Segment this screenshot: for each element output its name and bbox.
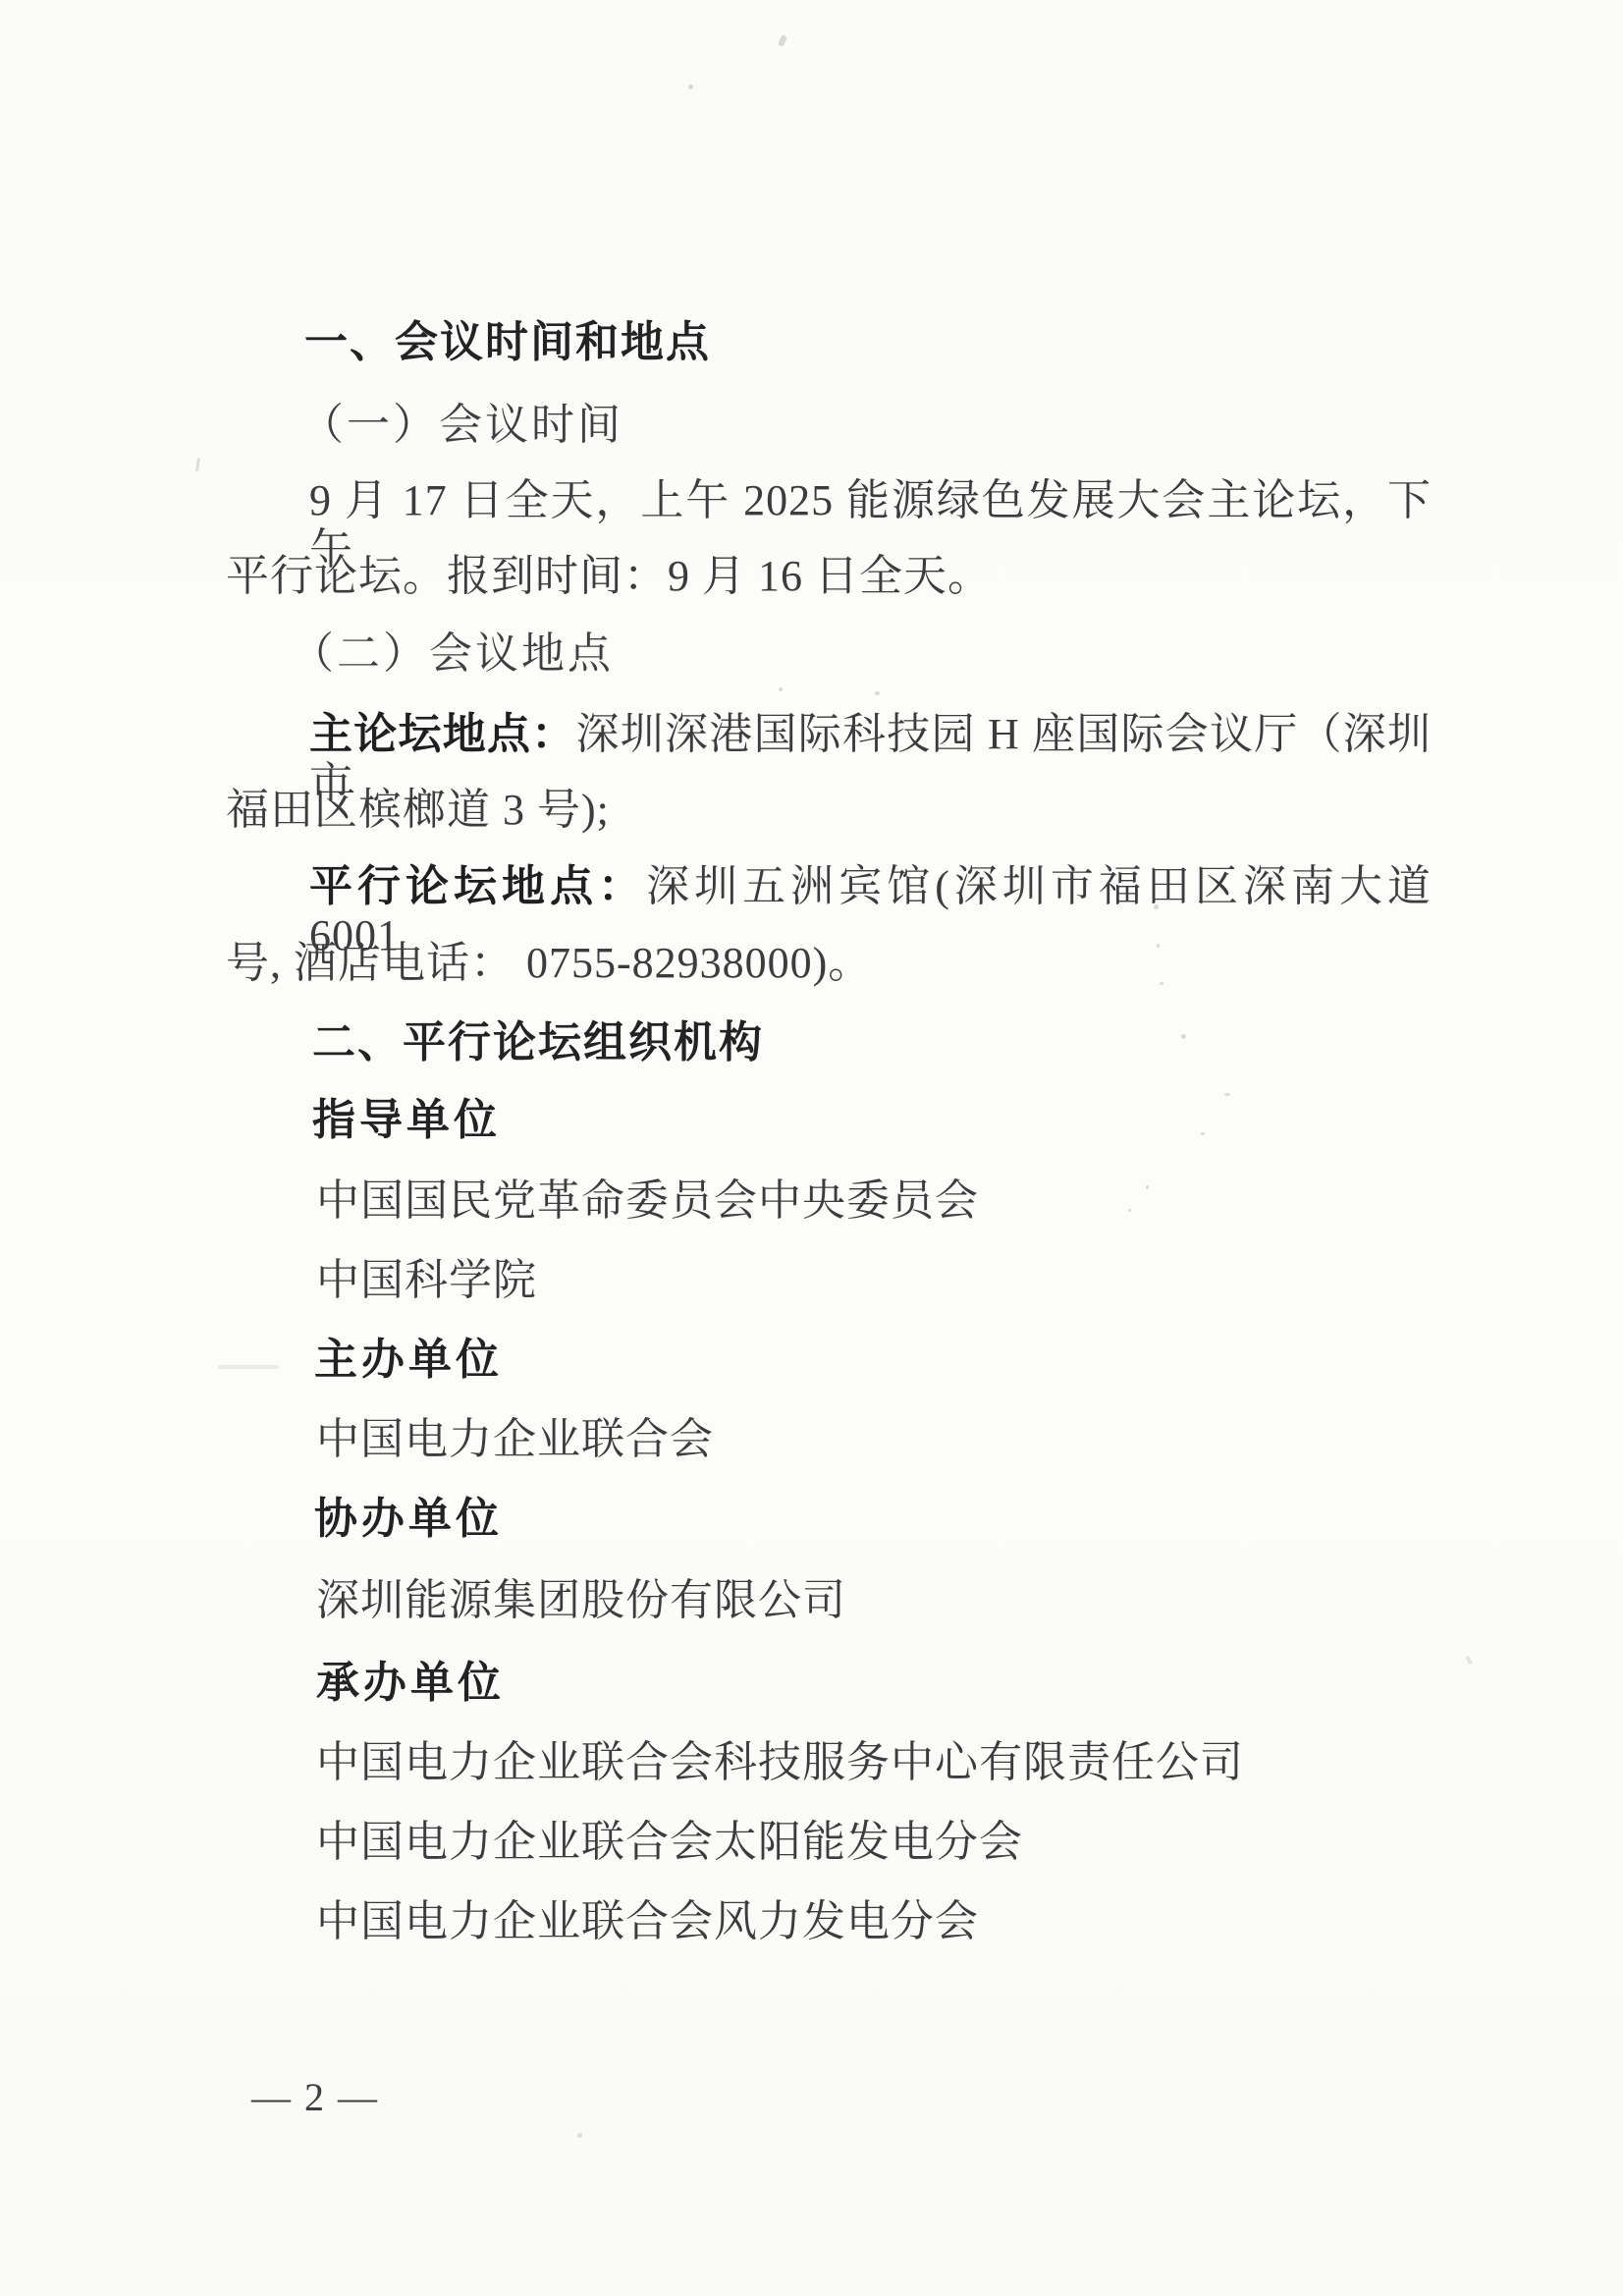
undertaking-unit-title: 承办单位 — [316, 1659, 505, 1708]
scan-speck — [1154, 904, 1159, 909]
org-name: 中国电力企业联合会风力发电分会 — [316, 1897, 979, 1946]
host-unit-title: 主办单位 — [314, 1336, 503, 1385]
main-forum-line-2: 福田区槟榔道 3 号); — [226, 786, 610, 835]
scan-speck — [577, 2133, 582, 2138]
scan-speck — [1157, 944, 1160, 948]
scan-smudge — [218, 1365, 279, 1369]
org-name: 中国电力企业联合会太阳能发电分会 — [316, 1818, 1023, 1867]
guiding-unit-title: 指导单位 — [312, 1096, 501, 1145]
scan-speck — [195, 458, 200, 471]
scan-speck — [779, 687, 783, 691]
section-1-2-heading: （二）会议地点 — [291, 629, 614, 679]
page-number: — 2 — — [251, 2074, 379, 2120]
scan-speck — [1224, 1093, 1230, 1096]
scan-speck — [688, 84, 693, 89]
parallel-forum-label: 平行论坛地点： — [309, 862, 646, 910]
co-organizer-unit-title: 协办单位 — [314, 1495, 503, 1544]
org-name: 深圳能源集团股份有限公司 — [316, 1576, 846, 1625]
section-2-heading: 二、平行论坛组织机构 — [312, 1018, 764, 1067]
scan-speck — [875, 691, 880, 695]
scan-speck — [1128, 1209, 1131, 1212]
scan-speck — [1181, 1034, 1186, 1039]
meeting-time-line-2: 平行论坛。报到时间：9 月 16 日全天。 — [226, 552, 992, 601]
parallel-forum-line-2: 号, 酒店电话： 0755-82938000)。 — [226, 939, 872, 988]
section-1-heading: 一、会议时间和地点 — [304, 318, 711, 367]
main-forum-label: 主论坛地点： — [309, 710, 576, 758]
org-name: 中国电力企业联合会 — [316, 1415, 714, 1464]
document-page: 一、会议时间和地点 （一）会议时间 9 月 17 日全天，上午 2025 能源绿… — [0, 0, 1623, 2296]
scan-speck — [1146, 1185, 1149, 1189]
scan-speck — [1201, 1132, 1205, 1135]
org-name: 中国科学院 — [316, 1256, 537, 1305]
section-1-1-heading: （一）会议时间 — [300, 401, 623, 450]
scan-speck — [778, 34, 787, 46]
scan-speck — [1465, 1656, 1473, 1666]
scan-speck — [1160, 982, 1163, 985]
org-name: 中国电力企业联合会科技服务中心有限责任公司 — [316, 1738, 1244, 1787]
org-name: 中国国民党革命委员会中央委员会 — [316, 1176, 979, 1226]
